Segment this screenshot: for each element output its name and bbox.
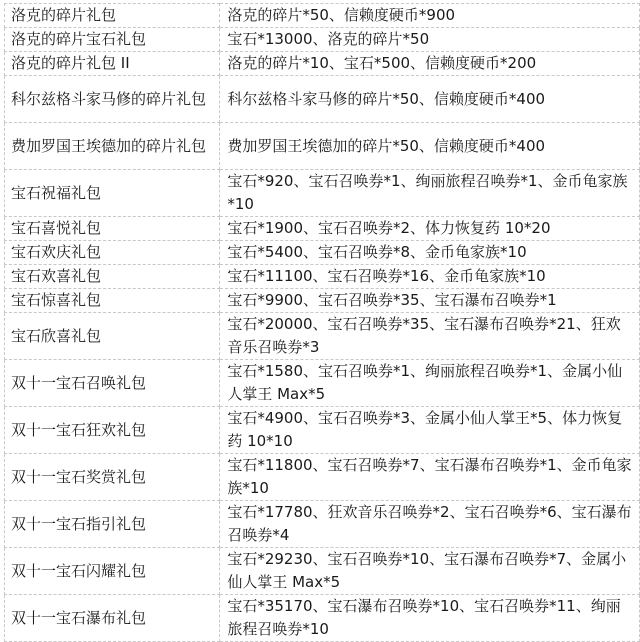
table-row: 双十一宝石瀑布礼包 宝石*35170、宝石瀑布召唤券*10、宝石召唤券*11、绚… — [5, 595, 640, 640]
pack-content: 宝石*4900、宝石召唤券*3、金属小仙人掌王*5、体力恢复药 10*10 — [220, 407, 640, 454]
pack-content: 宝石*11800、宝石召唤券*7、宝石瀑布召唤券*1、金币龟家族*10 — [220, 454, 640, 501]
pack-name: 双十一宝石瀑布礼包 — [5, 595, 220, 640]
pack-content: 宝石*9900、宝石召唤券*35、宝石瀑布召唤券*1 — [220, 289, 640, 313]
pack-name: 洛克的碎片宝石礼包 — [5, 28, 220, 52]
table-row: 双十一宝石指引礼包 宝石*17780、狂欢音乐召唤券*2、宝石召唤券*6、宝石瀑… — [5, 501, 640, 548]
pack-name: 双十一宝石奖赏礼包 — [5, 454, 220, 501]
pack-content: 费加罗国王埃德加的碎片*50、信赖度硬币*400 — [220, 123, 640, 170]
pack-name: 双十一宝石召唤礼包 — [5, 360, 220, 407]
pack-name: 宝石祝福礼包 — [5, 170, 220, 217]
table-row: 费加罗国王埃德加的碎片礼包 费加罗国王埃德加的碎片*50、信赖度硬币*400 — [5, 123, 640, 170]
pack-content: 宝石*920、宝石召唤券*1、绚丽旅程召唤券*1、金币龟家族*10 — [220, 170, 640, 217]
table-row: 双十一宝石狂欢礼包 宝石*4900、宝石召唤券*3、金属小仙人掌王*5、体力恢复… — [5, 407, 640, 454]
pack-name: 双十一宝石闪耀礼包 — [5, 548, 220, 595]
table-row: 洛克的碎片礼包 洛克的碎片*50、信赖度硬币*900 — [5, 4, 640, 28]
pack-content: 宝石*35170、宝石瀑布召唤券*10、宝石召唤券*11、绚丽旅程召唤券*10 — [220, 595, 640, 640]
table-row: 宝石祝福礼包 宝石*920、宝石召唤券*1、绚丽旅程召唤券*1、金币龟家族*10 — [5, 170, 640, 217]
table-row: 双十一宝石奖赏礼包 宝石*11800、宝石召唤券*7、宝石瀑布召唤券*1、金币龟… — [5, 454, 640, 501]
table-row: 洛克的碎片宝石礼包 宝石*13000、洛克的碎片*50 — [5, 28, 640, 52]
gift-pack-table: 洛克的碎片礼包 洛克的碎片*50、信赖度硬币*900 洛克的碎片宝石礼包 宝石*… — [4, 3, 640, 639]
pack-name: 科尔兹格斗家马修的碎片礼包 — [5, 76, 220, 123]
table-row: 宝石惊喜礼包 宝石*9900、宝石召唤券*35、宝石瀑布召唤券*1 — [5, 289, 640, 313]
table-row: 宝石欢喜礼包 宝石*11100、宝石召唤券*16、金币龟家族*10 — [5, 265, 640, 289]
gift-pack-table-container: 洛克的碎片礼包 洛克的碎片*50、信赖度硬币*900 洛克的碎片宝石礼包 宝石*… — [4, 3, 640, 639]
pack-name: 双十一宝石狂欢礼包 — [5, 407, 220, 454]
pack-content: 宝石*1900、宝石召唤券*2、体力恢复药 10*20 — [220, 217, 640, 241]
pack-name: 洛克的碎片礼包 II — [5, 52, 220, 76]
pack-content: 宝石*1580、宝石召唤券*1、绚丽旅程召唤券*1、金属小仙人掌王 Max*5 — [220, 360, 640, 407]
table-row: 宝石欣喜礼包 宝石*20000、宝石召唤券*35、宝石瀑布召唤券*21、狂欢音乐… — [5, 313, 640, 360]
pack-name: 宝石欢喜礼包 — [5, 265, 220, 289]
pack-name: 洛克的碎片礼包 — [5, 4, 220, 28]
pack-name: 宝石欢庆礼包 — [5, 241, 220, 265]
pack-content: 宝石*29230、宝石召唤券*10、宝石瀑布召唤券*7、金属小仙人掌王 Max*… — [220, 548, 640, 595]
table-row: 宝石喜悦礼包 宝石*1900、宝石召唤券*2、体力恢复药 10*20 — [5, 217, 640, 241]
table-row: 科尔兹格斗家马修的碎片礼包 科尔兹格斗家马修的碎片*50、信赖度硬币*400 — [5, 76, 640, 123]
pack-content: 宝石*5400、宝石召唤券*8、金币龟家族*10 — [220, 241, 640, 265]
pack-name: 双十一宝石指引礼包 — [5, 501, 220, 548]
table-row: 洛克的碎片礼包 II 洛克的碎片*10、宝石*500、信赖度硬币*200 — [5, 52, 640, 76]
pack-name: 宝石喜悦礼包 — [5, 217, 220, 241]
table-row: 宝石欢庆礼包 宝石*5400、宝石召唤券*8、金币龟家族*10 — [5, 241, 640, 265]
pack-content: 宝石*20000、宝石召唤券*35、宝石瀑布召唤券*21、狂欢音乐召唤券*3 — [220, 313, 640, 360]
pack-name: 宝石惊喜礼包 — [5, 289, 220, 313]
pack-content: 宝石*13000、洛克的碎片*50 — [220, 28, 640, 52]
pack-name: 费加罗国王埃德加的碎片礼包 — [5, 123, 220, 170]
pack-content: 洛克的碎片*10、宝石*500、信赖度硬币*200 — [220, 52, 640, 76]
pack-content: 宝石*17780、狂欢音乐召唤券*2、宝石召唤券*6、宝石瀑布召唤券*4 — [220, 501, 640, 548]
table-row: 双十一宝石召唤礼包 宝石*1580、宝石召唤券*1、绚丽旅程召唤券*1、金属小仙… — [5, 360, 640, 407]
pack-content: 洛克的碎片*50、信赖度硬币*900 — [220, 4, 640, 28]
pack-name: 宝石欣喜礼包 — [5, 313, 220, 360]
pack-content: 科尔兹格斗家马修的碎片*50、信赖度硬币*400 — [220, 76, 640, 123]
pack-content: 宝石*11100、宝石召唤券*16、金币龟家族*10 — [220, 265, 640, 289]
table-row: 双十一宝石闪耀礼包 宝石*29230、宝石召唤券*10、宝石瀑布召唤券*7、金属… — [5, 548, 640, 595]
